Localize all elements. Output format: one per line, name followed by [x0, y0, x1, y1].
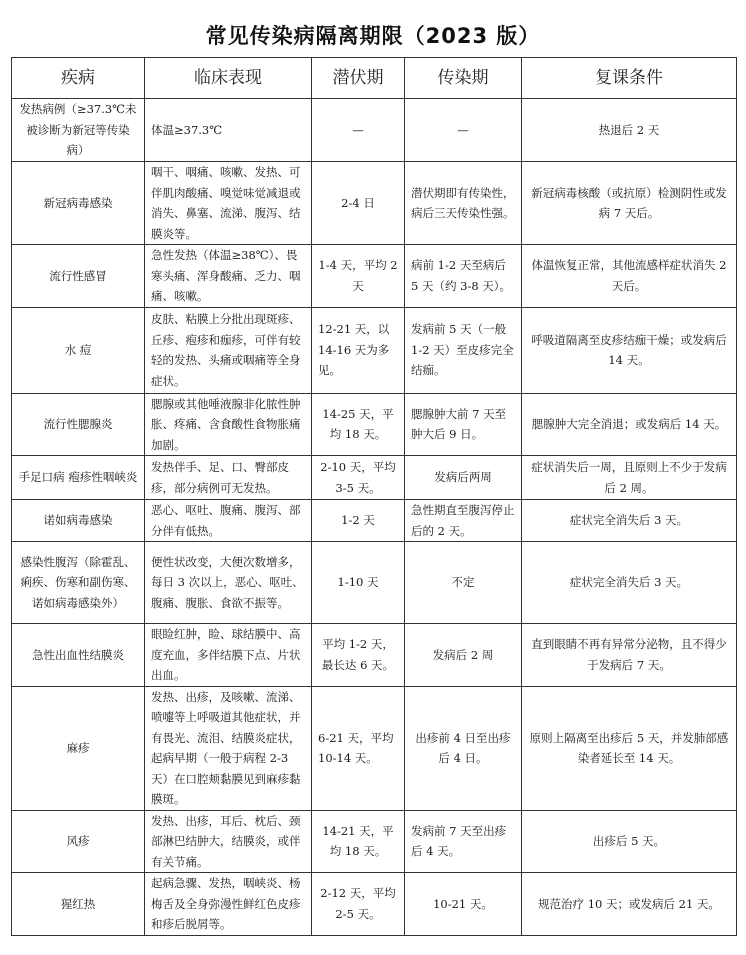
column-header-clinical: 临床表现: [145, 58, 312, 99]
cell-contagious: 潜伏期即有传染性，病后三天传染性强。: [405, 162, 522, 245]
cell-clinical: 发热、出疹，及咳嗽、流涕、喷嚏等上呼吸道其他症状，并有畏光、流泪、结膜炎症状，起…: [145, 686, 312, 810]
cell-clinical: 便性状改变，大便次数增多，每日 3 次以上，恶心、呕吐、腹痛、腹胀、食欲不振等。: [145, 542, 312, 624]
cell-disease: 诺如病毒感染: [12, 500, 145, 542]
column-header-return: 复课条件: [522, 58, 737, 99]
cell-incubation: 1-2 天: [312, 500, 405, 542]
cell-clinical: 腮腺或其他唾液腺非化脓性肿胀、疼痛、含食酸性食物胀痛加剧。: [145, 393, 312, 456]
cell-incubation: 12-21 天，以 14-16 天为多见。: [312, 307, 405, 393]
table-row: 麻疹发热、出疹，及咳嗽、流涕、喷嚏等上呼吸道其他症状，并有畏光、流泪、结膜炎症状…: [12, 686, 737, 810]
cell-clinical: 皮肤、粘膜上分批出现斑疹、丘疹、疱疹和痂疹，可伴有较轻的发热、头痛或咽痛等全身症…: [145, 307, 312, 393]
cell-clinical: 体温≥37.3℃: [145, 99, 312, 162]
table-row: 急性出血性结膜炎眼睑红肿，睑、球结膜中、高度充血，多伴结膜下点、片状出血。平均 …: [12, 624, 737, 687]
page-title: 常见传染病隔离期限（2023 版）: [0, 20, 746, 50]
cell-contagious: 急性期直至腹泻停止后的 2 天。: [405, 500, 522, 542]
cell-disease: 猩红热: [12, 873, 145, 936]
cell-contagious: 发病前 5 天（一般 1-2 天）至皮疹完全结痂。: [405, 307, 522, 393]
cell-disease: 急性出血性结膜炎: [12, 624, 145, 687]
cell-clinical: 发热伴手、足、口、臀部皮疹，部分病例可无发热。: [145, 456, 312, 500]
cell-clinical: 恶心、呕吐、腹痛、腹泻、部分伴有低热。: [145, 500, 312, 542]
cell-return: 症状完全消失后 3 天。: [522, 500, 737, 542]
cell-return: 原则上隔离至出疹后 5 天，并发肺部感染者延长至 14 天。: [522, 686, 737, 810]
cell-disease: 水 痘: [12, 307, 145, 393]
cell-return: 直到眼睛不再有异常分泌物，且不得少于发病后 7 天。: [522, 624, 737, 687]
table-row: 流行性感冒急性发热（体温≥38℃）、畏寒头痛、浑身酸痛、乏力、咽痛、咳嗽。1-4…: [12, 245, 737, 308]
cell-contagious: 出疹前 4 日至出疹后 4 日。: [405, 686, 522, 810]
column-header-disease: 疾病: [12, 58, 145, 99]
column-header-contagious: 传染期: [405, 58, 522, 99]
cell-return: 症状完全消失后 3 天。: [522, 542, 737, 624]
cell-incubation: 1-10 天: [312, 542, 405, 624]
cell-return: 腮腺肿大完全消退；或发病后 14 天。: [522, 393, 737, 456]
cell-contagious: 10-21 天。: [405, 873, 522, 936]
cell-disease: 流行性腮腺炎: [12, 393, 145, 456]
cell-disease: 麻疹: [12, 686, 145, 810]
cell-return: 新冠病毒核酸（或抗原）检测阴性或发病 7 天后。: [522, 162, 737, 245]
cell-incubation: 2-4 日: [312, 162, 405, 245]
table-row: 新冠病毒感染咽干、咽痛、咳嗽、发热、可伴肌肉酸痛、嗅觉味觉减退或消失、鼻塞、流涕…: [12, 162, 737, 245]
table-row: 水 痘皮肤、粘膜上分批出现斑疹、丘疹、疱疹和痂疹，可伴有较轻的发热、头痛或咽痛等…: [12, 307, 737, 393]
cell-clinical: 急性发热（体温≥38℃）、畏寒头痛、浑身酸痛、乏力、咽痛、咳嗽。: [145, 245, 312, 308]
cell-contagious: —: [405, 99, 522, 162]
cell-incubation: 6-21 天，平均 10-14 天。: [312, 686, 405, 810]
cell-clinical: 起病急骤、发热，咽峡炎、杨梅舌及全身弥漫性鲜红色皮疹和疹后脱屑等。: [145, 873, 312, 936]
cell-disease: 流行性感冒: [12, 245, 145, 308]
cell-return: 热退后 2 天: [522, 99, 737, 162]
cell-return: 呼吸道隔离至皮疹结痂干燥；或发病后 14 天。: [522, 307, 737, 393]
table-row: 流行性腮腺炎腮腺或其他唾液腺非化脓性肿胀、疼痛、含食酸性食物胀痛加剧。14-25…: [12, 393, 737, 456]
cell-return: 规范治疗 10 天；或发病后 21 天。: [522, 873, 737, 936]
cell-disease: 感染性腹泻（除霍乱、痢疾、伤寒和副伤寒、诺如病毒感染外）: [12, 542, 145, 624]
cell-return: 出疹后 5 天。: [522, 810, 737, 873]
cell-return: 体温恢复正常，其他流感样症状消失 2 天后。: [522, 245, 737, 308]
table-row: 手足口病 疱疹性咽峡炎发热伴手、足、口、臀部皮疹，部分病例可无发热。2-10 天…: [12, 456, 737, 500]
cell-contagious: 发病后 2 周: [405, 624, 522, 687]
cell-return: 症状消失后一周，且原则上不少于发病后 2 周。: [522, 456, 737, 500]
table-row: 发热病例（≥37.3℃未被诊断为新冠等传染病）体温≥37.3℃——热退后 2 天: [12, 99, 737, 162]
cell-incubation: 2-12 天，平均 2-5 天。: [312, 873, 405, 936]
cell-incubation: 1-4 天，平均 2 天: [312, 245, 405, 308]
cell-contagious: 病前 1-2 天至病后 5 天（约 3-8 天）。: [405, 245, 522, 308]
cell-clinical: 发热、出疹，耳后、枕后、颈部淋巴结肿大，结膜炎，或伴有关节痛。: [145, 810, 312, 873]
cell-incubation: 2-10 天，平均 3-5 天。: [312, 456, 405, 500]
cell-incubation: —: [312, 99, 405, 162]
cell-disease: 发热病例（≥37.3℃未被诊断为新冠等传染病）: [12, 99, 145, 162]
cell-incubation: 平均 1-2 天，最长达 6 天。: [312, 624, 405, 687]
cell-disease: 新冠病毒感染: [12, 162, 145, 245]
cell-contagious: 不定: [405, 542, 522, 624]
cell-disease: 手足口病 疱疹性咽峡炎: [12, 456, 145, 500]
cell-incubation: 14-25 天，平均 18 天。: [312, 393, 405, 456]
cell-clinical: 咽干、咽痛、咳嗽、发热、可伴肌肉酸痛、嗅觉味觉减退或消失、鼻塞、流涕、腹泻、结膜…: [145, 162, 312, 245]
cell-contagious: 腮腺肿大前 7 天至肿大后 9 日。: [405, 393, 522, 456]
table-row: 猩红热起病急骤、发热，咽峡炎、杨梅舌及全身弥漫性鲜红色皮疹和疹后脱屑等。2-12…: [12, 873, 737, 936]
table-row: 诺如病毒感染恶心、呕吐、腹痛、腹泻、部分伴有低热。1-2 天急性期直至腹泻停止后…: [12, 500, 737, 542]
cell-clinical: 眼睑红肿，睑、球结膜中、高度充血，多伴结膜下点、片状出血。: [145, 624, 312, 687]
table-row: 感染性腹泻（除霍乱、痢疾、伤寒和副伤寒、诺如病毒感染外）便性状改变，大便次数增多…: [12, 542, 737, 624]
table-header-row: 疾病 临床表现 潜伏期 传染期 复课条件: [12, 58, 737, 99]
cell-contagious: 发病前 7 天至出疹后 4 天。: [405, 810, 522, 873]
isolation-period-table: 疾病 临床表现 潜伏期 传染期 复课条件 发热病例（≥37.3℃未被诊断为新冠等…: [11, 57, 737, 936]
cell-contagious: 发病后两周: [405, 456, 522, 500]
table-row: 风疹发热、出疹，耳后、枕后、颈部淋巴结肿大，结膜炎，或伴有关节痛。14-21 天…: [12, 810, 737, 873]
cell-disease: 风疹: [12, 810, 145, 873]
cell-incubation: 14-21 天，平均 18 天。: [312, 810, 405, 873]
column-header-incubation: 潜伏期: [312, 58, 405, 99]
